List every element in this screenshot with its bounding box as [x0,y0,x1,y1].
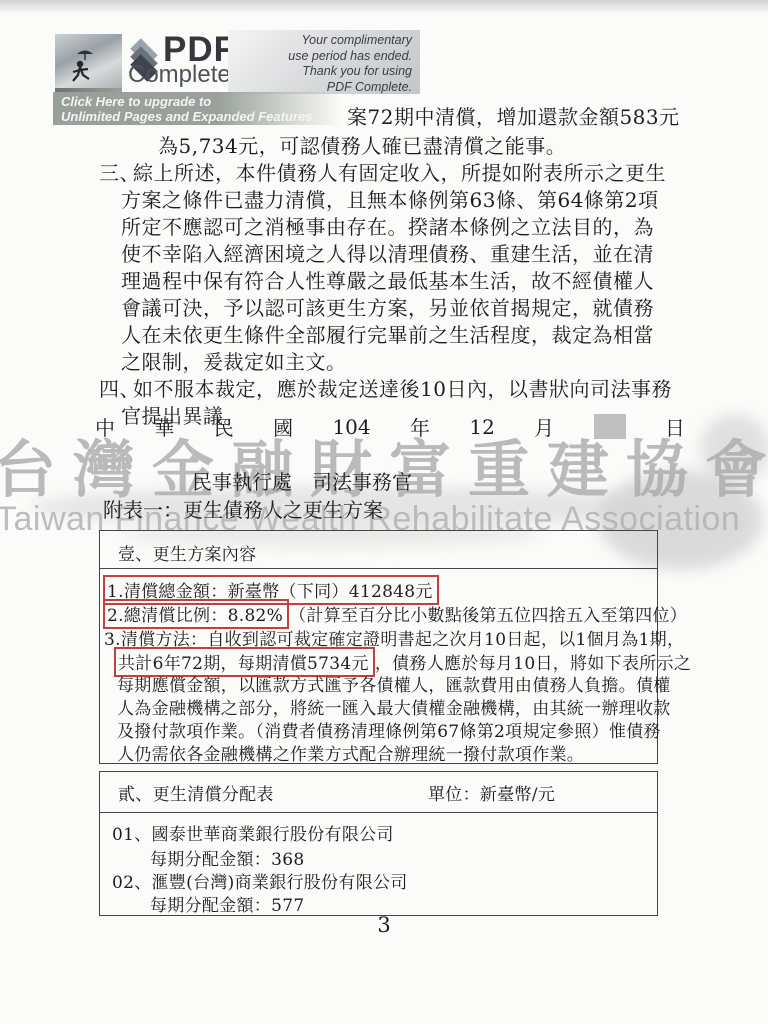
plan-method-line: 人為金融機構之部分，將統一匯入最大債權金融機構，由其統一辦理收款 [117,694,671,719]
date-char: 民 [214,412,234,441]
scanner-edge-shadow [0,0,768,14]
paragraph-3-line: 使不幸陷入經濟困境之人得以清理債務、重建生活，並在清 [121,238,654,267]
date-char: 中 [95,412,115,441]
date-char: 華 [154,412,174,441]
paragraph-3-line: 方案之條件已盡力清償，且無本條例第63條、第64條第2項 [121,184,659,213]
creditor-row: 01、國泰世華商業銀行股份有限公司 [112,820,394,845]
plan-method-line: 及撥付款項作業。（消費者債務清理條例第67條第2項規定參照）惟債務 [117,717,661,742]
table-plan-header: 壹、更生方案內容 [118,540,256,565]
complete-logo-text: Complete [128,61,231,89]
plan-method-line: 每期應償金額，以匯款方式匯予各債權人，匯款費用由債務人負擔。債權 [117,671,671,696]
creditor-amount: 每期分配金額：577 [150,891,304,916]
trial-ended-message: Your complimentary use period has ended.… [228,30,420,94]
attachment-title: 附表一：更生債務人之更生方案 [103,494,383,523]
date-year: 104 [332,415,370,439]
body-line-overflow-1: 案72期中清償，增加還款金額583元 [347,101,680,130]
paragraph-4-line: 如不服本裁定，應於裁定送達後10日內，以書狀向司法事務 [133,373,672,402]
paragraph-3-line: 綜上所述，本件債務人有固定收入，所提如附表所示之更生 [133,157,666,186]
pdf-complete-photo-thumbnail [55,34,122,88]
date-month: 12 [469,415,494,439]
creditor-row: 02、滙豐(台灣)商業銀行股份有限公司 [112,868,408,893]
trial-message-line: Your complimentary [228,33,412,49]
paragraph-3-line: 理過程中保有符合人性尊嚴之最低基本生活，故不經債權人 [121,265,654,294]
date-day-unit: 日 [665,412,685,441]
jumping-figure-icon [55,34,122,88]
plan-ratio-note: （計算至百分比小數點後第五位四捨五入至第四位） [289,606,687,626]
table-plan-header-divider [99,568,657,569]
upgrade-link-line1[interactable]: Click Here to upgrade to [61,94,353,109]
paragraph-3-line: 所定不應認可之消極事由存在。揆諸本條例之立法目的，為 [121,211,654,240]
date-line: 中 華 民 國 104 年 12 月 日 [95,412,685,441]
paragraph-3-line: 會議可決，予以認可該更生方案，另並依首揭規定，就債務 [121,292,654,321]
table-distribution-unit: 單位：新臺幣/元 [428,780,555,805]
date-month-unit: 月 [534,412,554,441]
paragraph-3-line: 人在未依更生條件全部履行完畢前之生活程度，裁定為相當 [121,319,654,348]
plan-method-line: 人仍需依各金融機構之作業方式配合辦理統一撥付款項作業。 [117,740,584,765]
trial-message-line: use period has ended. [228,49,412,65]
page-number: 3 [0,913,768,937]
upgrade-link-banner[interactable]: Click Here to upgrade to Unlimited Pages… [53,92,353,125]
trial-message-line: Thank you for using [228,64,412,80]
paragraph-3-line: 之限制，爰裁定如主文。 [121,346,347,375]
scanned-court-document-page: PDF Complete Your complimentary use peri… [0,0,768,1024]
table-distribution-header: 貳、更生清償分配表 [118,780,274,805]
creditor-amount: 每期分配金額：368 [150,845,304,870]
date-char: 國 [273,412,293,441]
table-distribution-header-divider [99,812,657,813]
date-year-unit: 年 [410,412,430,441]
upgrade-link-line2[interactable]: Unlimited Pages and Expanded Features [61,109,353,124]
body-line-overflow-2: 為5,734元，可認債務人確已盡清償之能事。 [158,130,566,159]
redacted-day-box [594,414,626,439]
court-clerk-signature: 民事執行處 司法事務官 [192,466,412,495]
